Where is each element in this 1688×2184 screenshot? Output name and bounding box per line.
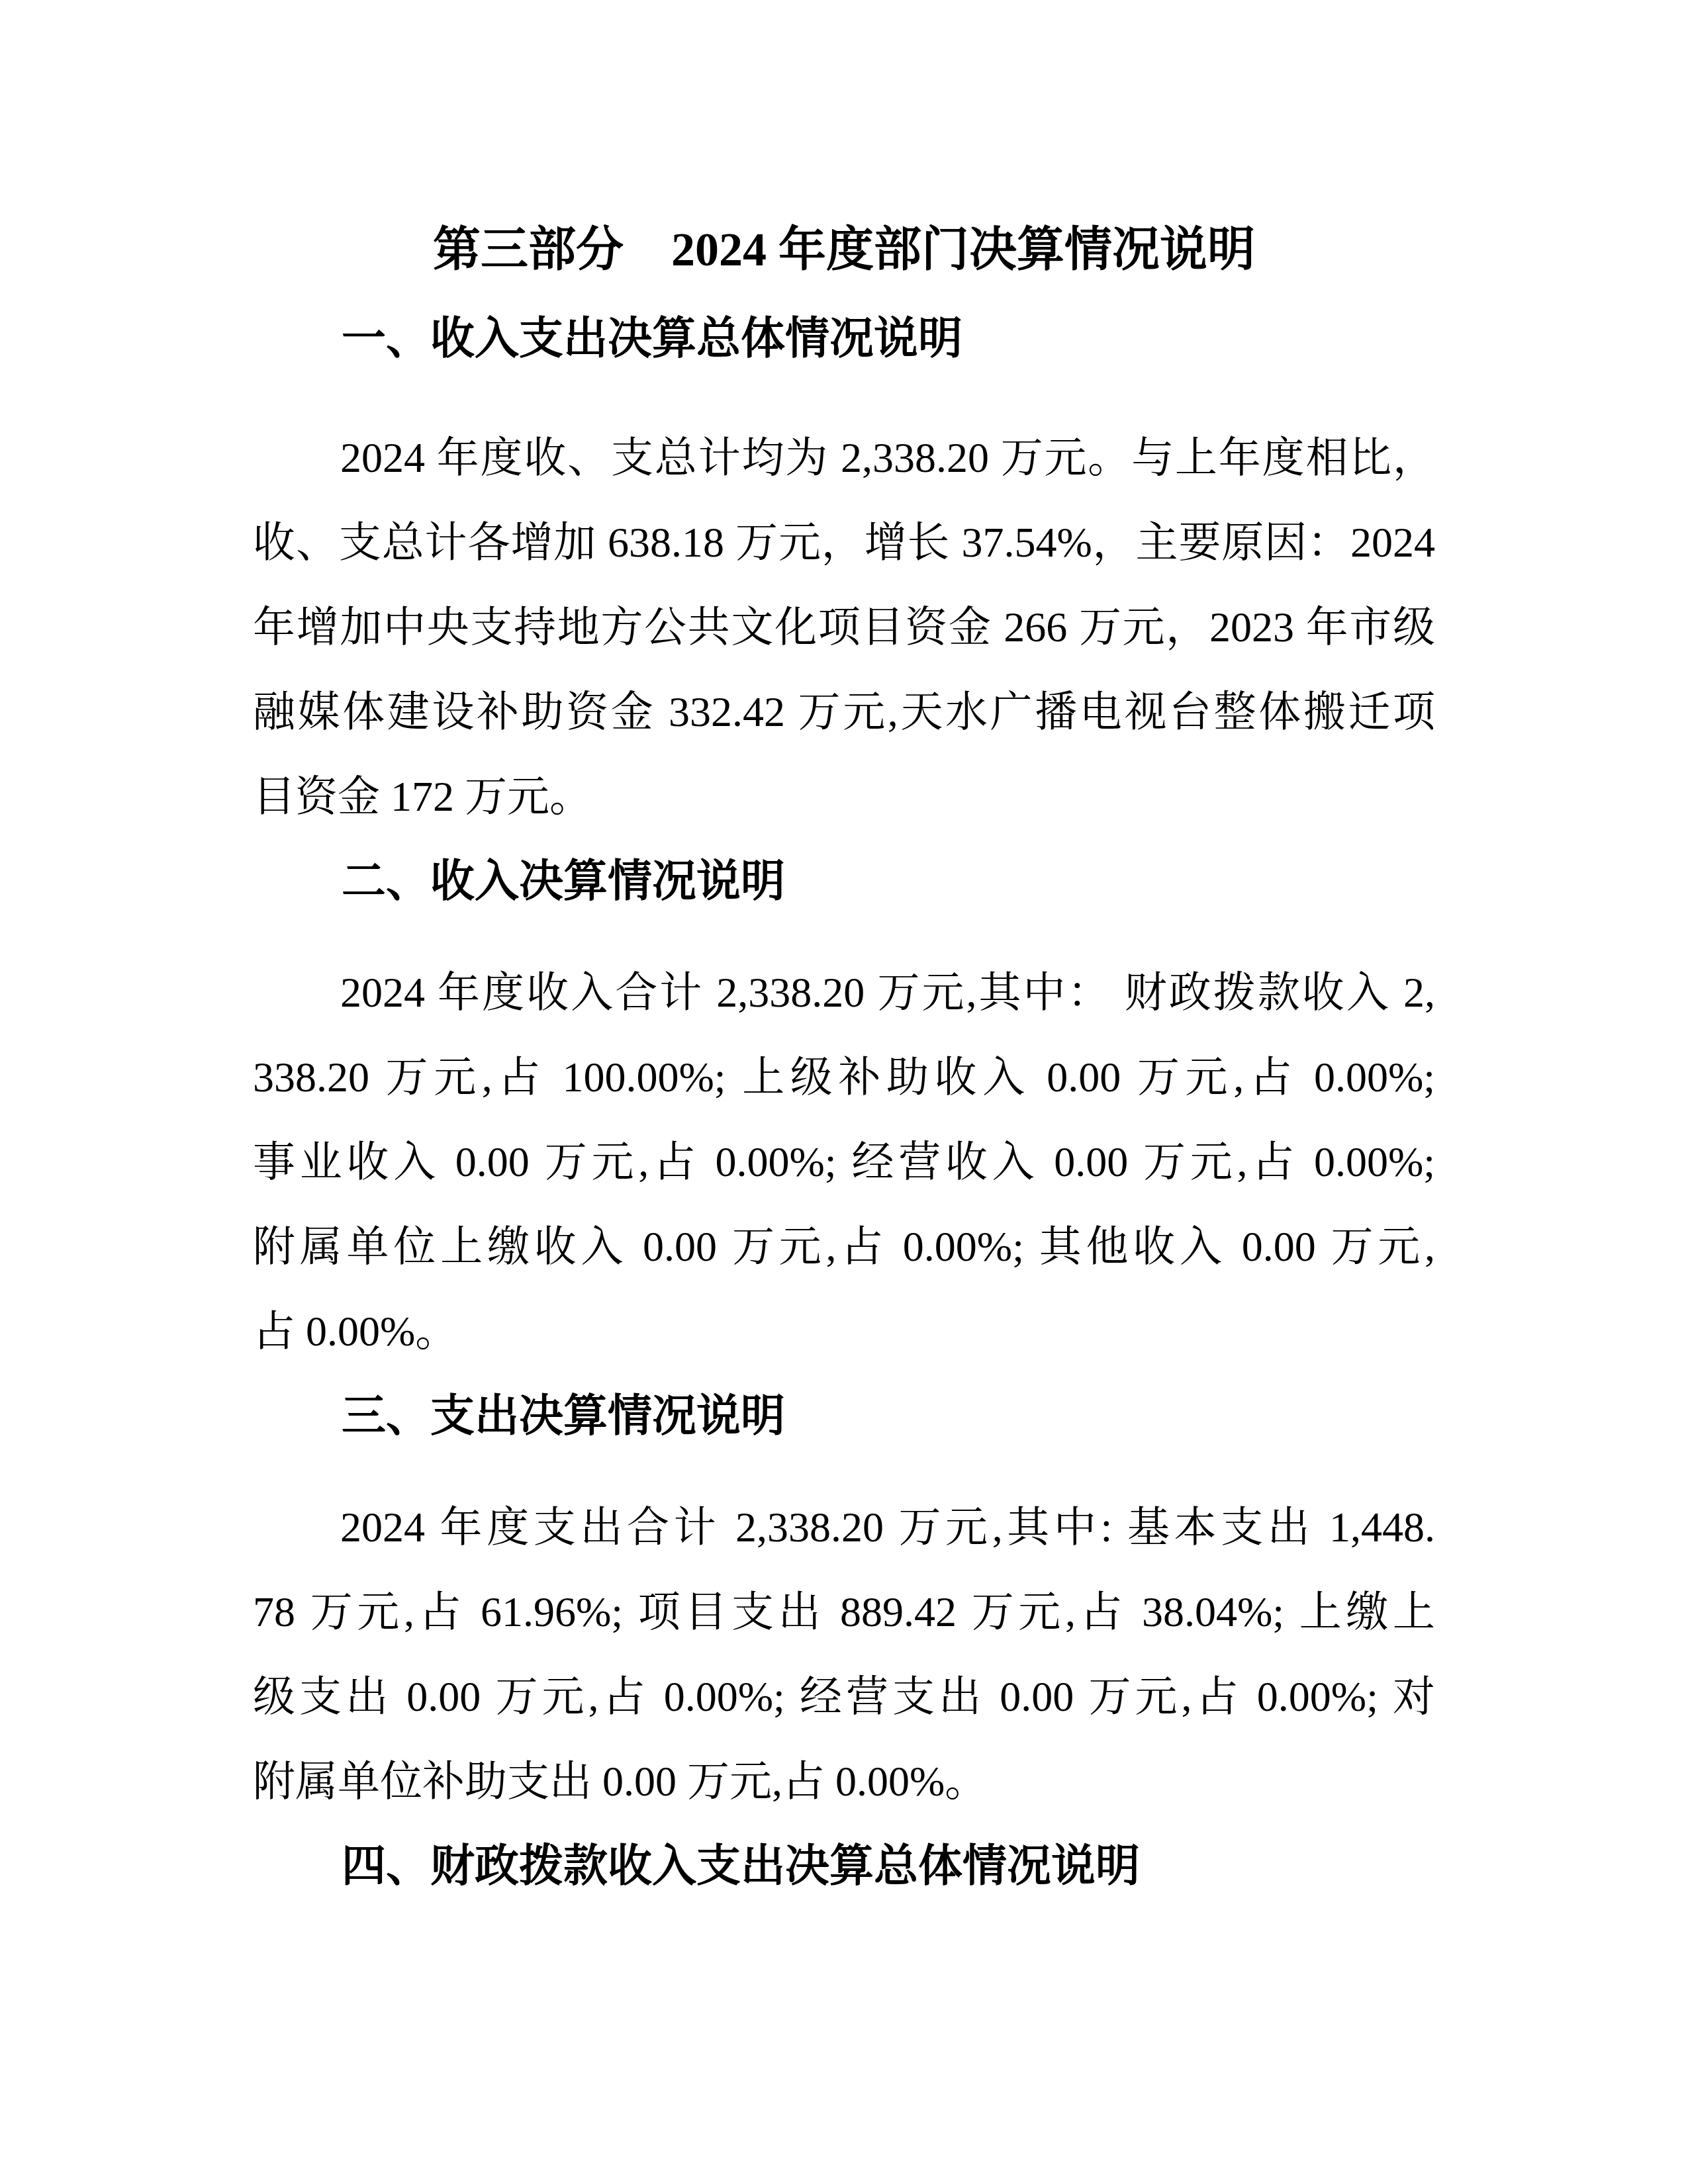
body-line: 事业收入 0.00 万元,占 0.00%; 经营收入 0.00 万元,占 0.0… [253,1120,1435,1205]
body-line: 附属单位补助支出 0.00 万元,占 0.00%。 [253,1739,1435,1824]
section-2-heading: 二、收入决算情况说明 [253,839,1435,924]
section-3-paragraph: 2024 年度支出合计 2,338.20 万元,其中: 基本支出 1,448. … [253,1485,1435,1824]
section-income-expenditure-overview: 一、收入支出决算总体情况说明 2024 年度收、支总计均为 2,338.20 万… [253,296,1435,839]
section-1-heading: 一、收入支出决算总体情况说明 [253,296,1435,381]
body-line: 2024 年度收入合计 2,338.20 万元,其中： 财政拨款收入 2, [253,950,1435,1035]
page-content: 第三部分 2024 年度部门决算情况说明 一、收入支出决算总体情况说明 2024… [253,207,1435,1909]
body-line: 收、支总计各增加 638.18 万元，增长 37.54%，主要原因：2024 [253,500,1435,585]
body-line: 占 0.00%。 [253,1289,1435,1374]
section-4-heading: 四、财政拨款收入支出决算总体情况说明 [253,1824,1435,1909]
document-page: { "document": { "title": "第三部分 2024 年度部门… [0,0,1688,2184]
body-line: 级支出 0.00 万元,占 0.00%; 经营支出 0.00 万元,占 0.00… [253,1655,1435,1739]
body-line: 融媒体建设补助资金 332.42 万元,天水广播电视台整体搬迁项 [253,670,1435,754]
body-line: 338.20 万元,占 100.00%; 上级补助收入 0.00 万元,占 0.… [253,1035,1435,1120]
section-income-statement: 二、收入决算情况说明 2024 年度收入合计 2,338.20 万元,其中： 财… [253,839,1435,1374]
body-line: 年增加中央支持地方公共文化项目资金 266 万元，2023 年市级 [253,585,1435,670]
section-3-heading: 三、支出决算情况说明 [253,1374,1435,1459]
body-line: 78 万元,占 61.96%; 项目支出 889.42 万元,占 38.04%;… [253,1570,1435,1655]
body-line: 目资金 172 万元。 [253,754,1435,839]
section-1-paragraph: 2024 年度收、支总计均为 2,338.20 万元。与上年度相比， 收、支总计… [253,416,1435,839]
section-expenditure-statement: 三、支出决算情况说明 2024 年度支出合计 2,338.20 万元,其中: 基… [253,1374,1435,1824]
document-title: 第三部分 2024 年度部门决算情况说明 [253,207,1435,292]
section-fiscal-appropriation-overview: 四、财政拨款收入支出决算总体情况说明 [253,1824,1435,1909]
body-line: 附属单位上缴收入 0.00 万元,占 0.00%; 其他收入 0.00 万元, [253,1205,1435,1289]
body-line: 2024 年度支出合计 2,338.20 万元,其中: 基本支出 1,448. [253,1485,1435,1570]
section-2-paragraph: 2024 年度收入合计 2,338.20 万元,其中： 财政拨款收入 2, 33… [253,950,1435,1374]
body-line: 2024 年度收、支总计均为 2,338.20 万元。与上年度相比， [253,416,1435,500]
